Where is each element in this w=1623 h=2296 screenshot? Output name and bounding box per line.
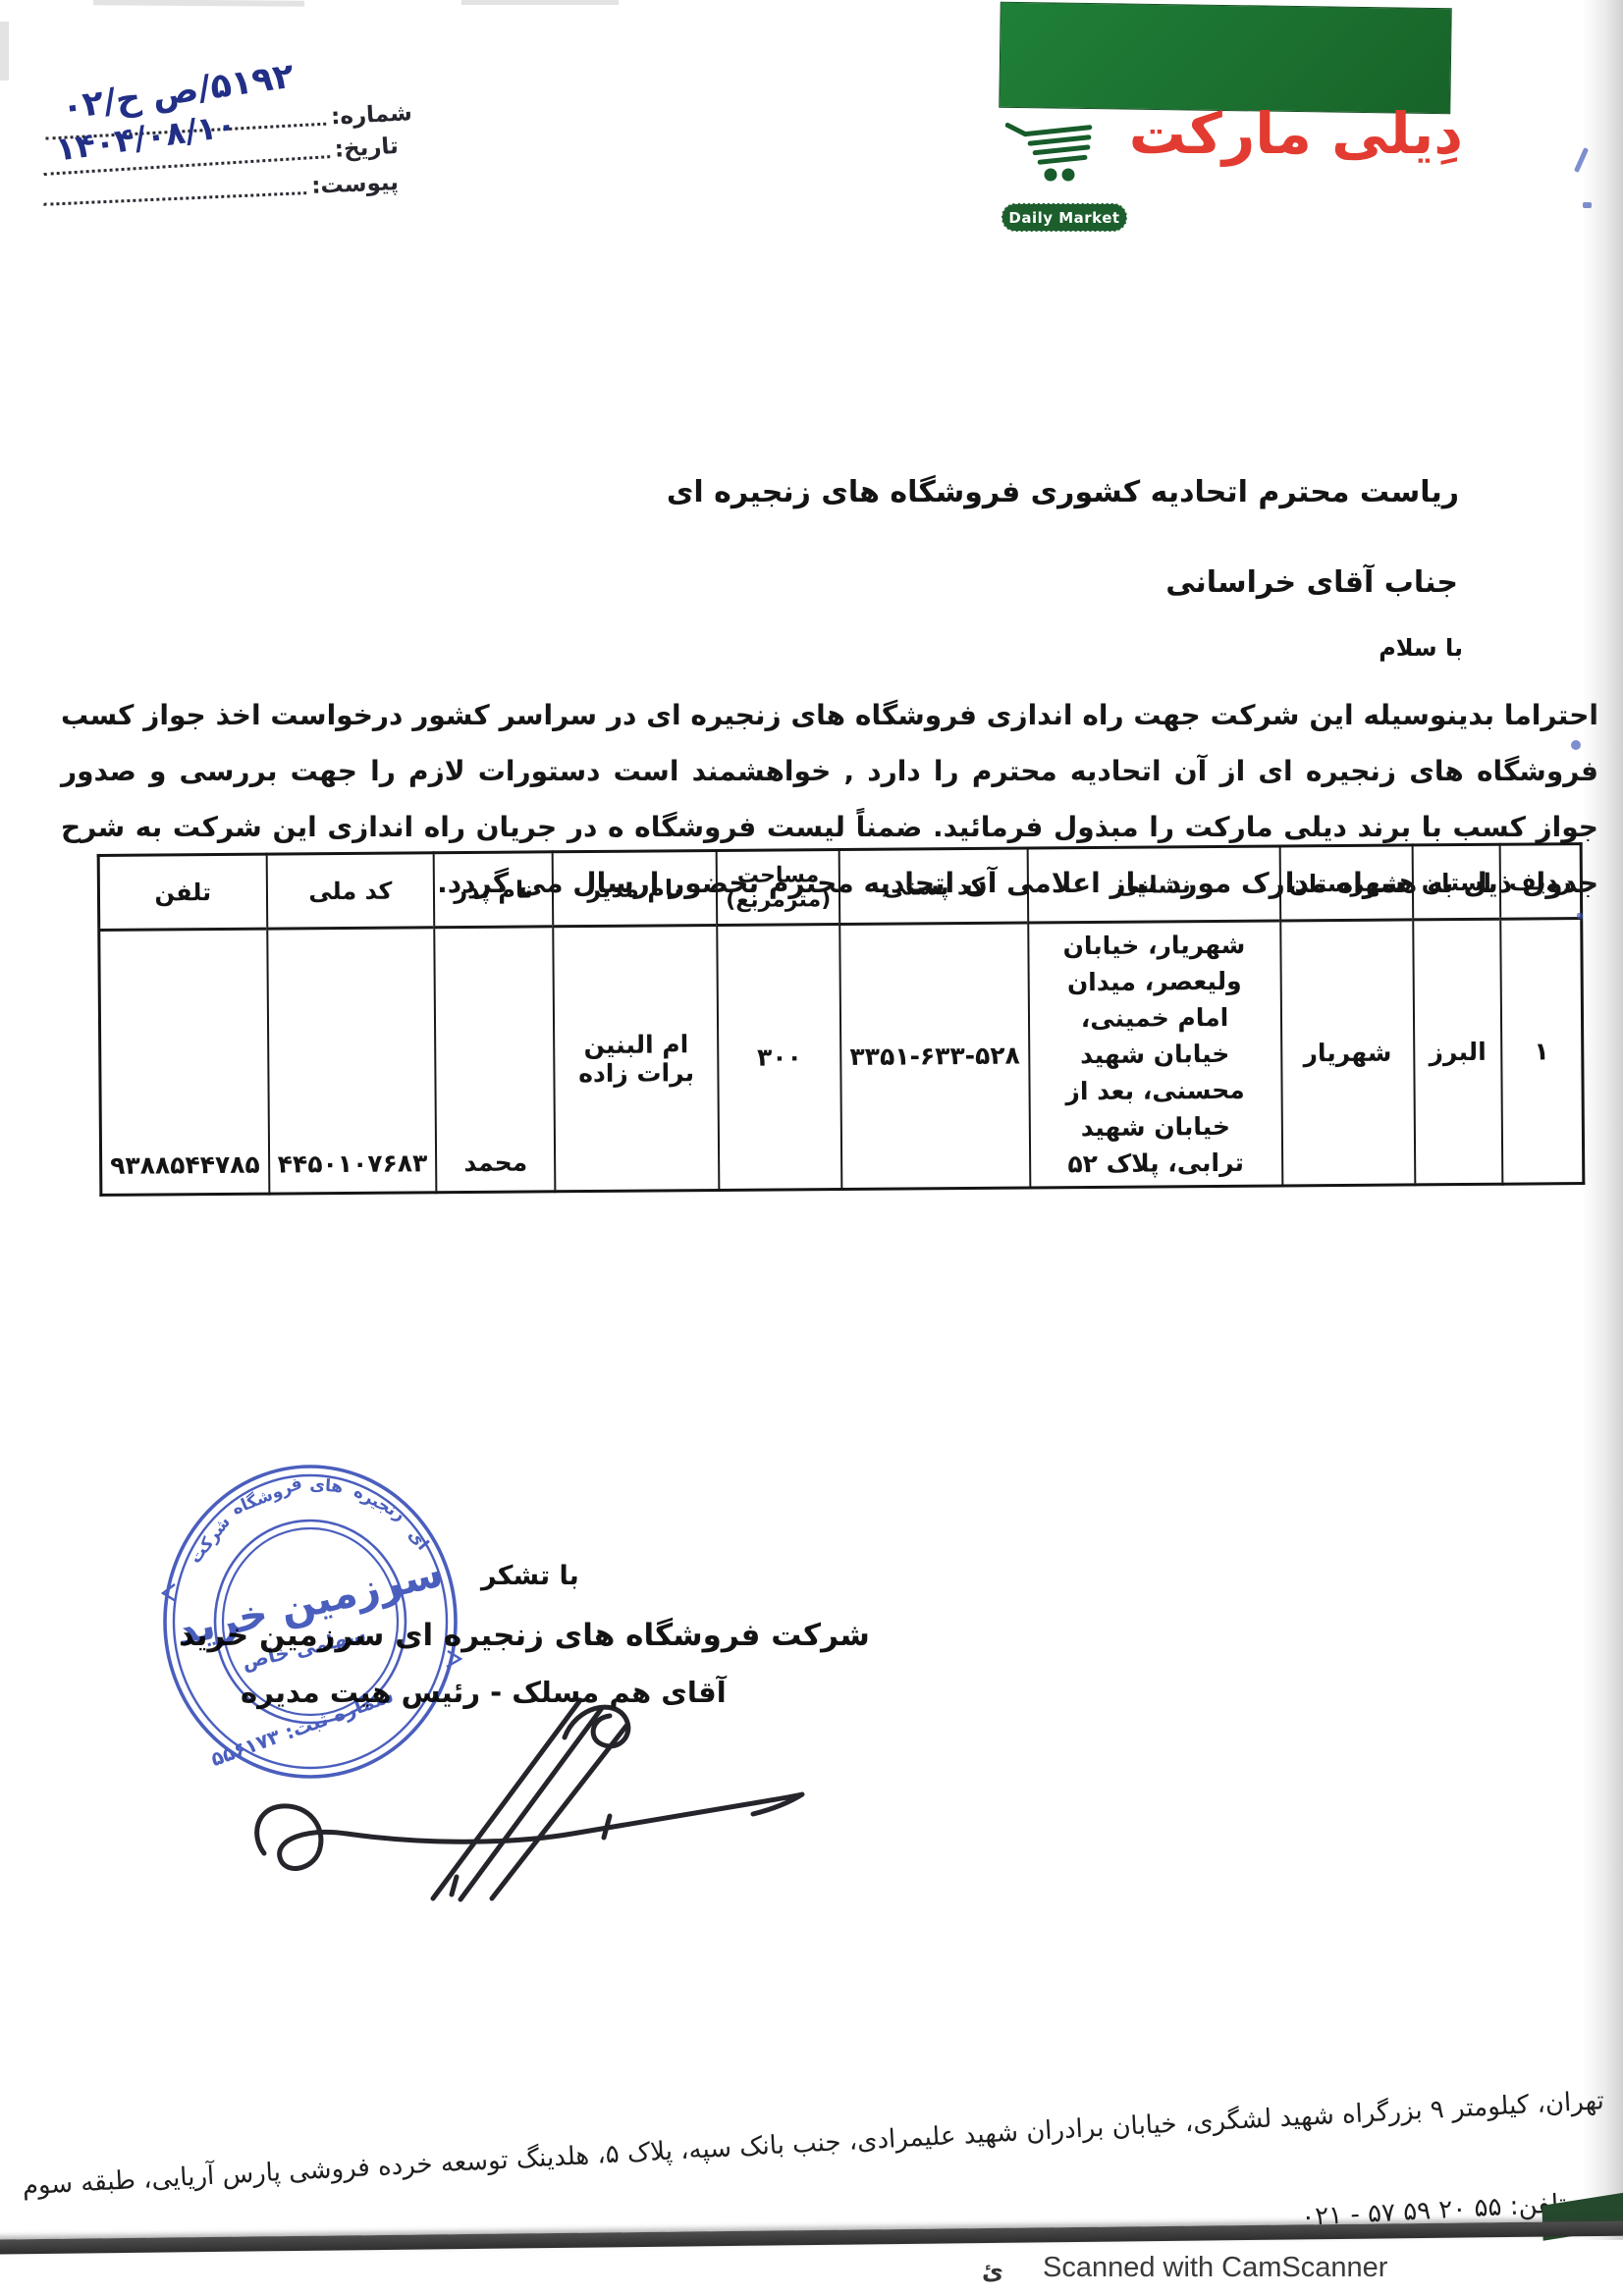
- stamp-ring-word: فروشگاه: [229, 1472, 305, 1520]
- pen-mark: [1577, 913, 1583, 919]
- cell-phone: ۹۳۸۸۵۴۴۷۸۵: [99, 929, 269, 1195]
- ref-date-label: تاریخ:: [334, 133, 399, 163]
- area-header-line2: (مترمربع): [726, 887, 831, 913]
- scan-smudge: [93, 0, 304, 7]
- col-header-phone: تلفن: [98, 854, 267, 930]
- salutation: با سلام: [1379, 634, 1463, 662]
- cell-address: شهریار، خیابان ولیعصر، میدان امام خمینی،…: [1028, 921, 1282, 1188]
- cell-province: البرز: [1413, 919, 1502, 1185]
- pen-mark: [1583, 202, 1592, 208]
- stamp-ring-word: های: [309, 1475, 344, 1497]
- dotted-leader: [43, 190, 306, 206]
- cell-manager-name: ام البنین برات زاده: [553, 925, 719, 1191]
- col-header-province: استان: [1412, 844, 1500, 920]
- recipient-line-1: ریاست محترم اتحادیه کشوری فروشگاه های زن…: [667, 475, 1459, 509]
- col-header-row-number: ردیف: [1500, 844, 1582, 920]
- scanned-letter-page: شماره: تاریخ: پیوست: ۵۱۹۲/ص ح/۰۲ ۱۴۰۴/۰۸…: [0, 0, 1623, 2296]
- col-header-father-name: نام پدر: [434, 852, 554, 928]
- ref-attachment-label: پیوست:: [311, 170, 400, 199]
- table-header-row: ردیف استان شهرستان نشانی کد پستی مساحت (…: [98, 844, 1581, 931]
- scan-smudge: [0, 22, 9, 80]
- cell-row-number: ۱: [1500, 919, 1583, 1185]
- logo-green-rectangle: [999, 2, 1451, 114]
- pen-mark: [1571, 740, 1581, 750]
- col-header-manager-name: نام مدیر: [553, 850, 718, 926]
- logo-brand-persian: دِیلی مارکت: [1129, 100, 1463, 167]
- logo-brand-english: Daily Market: [1008, 209, 1119, 227]
- logo-daily-market-badge: Daily Market: [1001, 203, 1127, 232]
- shopping-cart-icon: [1005, 116, 1096, 188]
- footer-address: تهران، کیلومتر ۹ بزرگراه شهید لشگری، خیا…: [28, 2086, 1604, 2201]
- col-header-postal-code: کد پستی: [839, 848, 1028, 925]
- stamp-ring-word: زنجیره: [351, 1482, 408, 1525]
- col-header-area: مساحت (مترمربع): [717, 850, 840, 926]
- stray-glyph: ئ: [982, 2258, 1003, 2285]
- col-header-address: نشانی: [1027, 846, 1280, 923]
- col-header-county: شهرستان: [1279, 845, 1413, 921]
- camscanner-watermark: Scanned with CamScanner: [1043, 2252, 1387, 2284]
- handwritten-signature: [248, 1677, 816, 1902]
- cell-county: شهریار: [1280, 920, 1415, 1186]
- cell-national-id: ۴۴۵۰۱۰۷۶۸۳: [267, 928, 437, 1194]
- cell-postal-code: ۳۳۵۱-۶۳۳-۵۲۸: [839, 923, 1029, 1189]
- closing-thanks: با تشکر: [481, 1561, 579, 1591]
- table-row: ۱ البرز شهریار شهریار، خیابان ولیعصر، می…: [99, 919, 1584, 1196]
- scan-smudge: [461, 0, 619, 5]
- cell-area: ۳۰۰: [717, 925, 841, 1191]
- cell-father-name: محمد: [434, 927, 555, 1193]
- recipient-line-2: جناب آقای خراسانی: [1165, 565, 1458, 600]
- stores-table: ردیف استان شهرستان نشانی کد پستی مساحت (…: [97, 842, 1585, 1197]
- scan-shadow-bar: [0, 2220, 1623, 2254]
- col-header-national-id: کد ملی: [266, 853, 434, 929]
- area-header-line1: مساحت: [726, 863, 831, 888]
- ref-number-label: شماره:: [330, 100, 412, 130]
- page-curl-shadow: [1582, 0, 1623, 2240]
